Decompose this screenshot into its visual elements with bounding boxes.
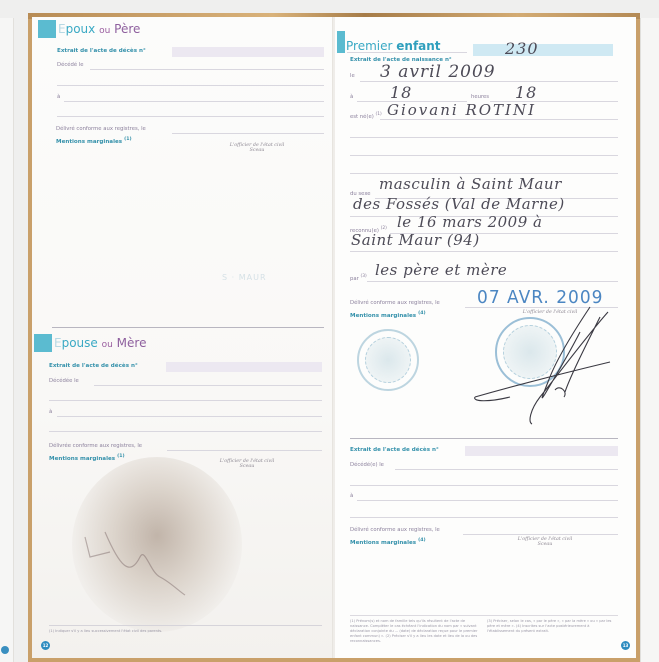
blank-line: [49, 400, 322, 401]
title-word-2: Père: [114, 22, 140, 36]
note-ref: (1): [117, 454, 125, 459]
by-value: les père et mère: [375, 261, 507, 279]
family-booklet: Epoux ou Père Extrait de l'acte de décès…: [28, 13, 640, 662]
death-extract-number-field[interactable]: [172, 47, 324, 57]
birth-extract-number-value: 230: [505, 39, 539, 58]
blank-line: [57, 85, 324, 86]
issued-date-field[interactable]: [172, 133, 324, 134]
title-initial: E: [58, 22, 66, 36]
blank-line: [350, 485, 618, 486]
section-tab-marker: [34, 334, 52, 352]
previous-page-edge: [0, 18, 14, 662]
by-label-text: par: [350, 276, 359, 282]
at-label: à: [57, 94, 60, 100]
marginal-label: Mentions marginales (1): [56, 137, 132, 145]
title-word: remier: [353, 39, 392, 53]
footnote: (1) Indiquer s'il y a lieu successivemen…: [49, 629, 162, 634]
birth-hour-value: 18: [390, 83, 412, 102]
page-number: 12: [41, 641, 50, 650]
page-number: 13: [621, 641, 630, 650]
at-label: à: [350, 94, 353, 100]
officer-block: L'officier de l'état civil Sceau: [505, 537, 585, 547]
blank-line: [350, 137, 618, 138]
note-ref: (3): [360, 274, 366, 279]
footnotes-left: (1) Prénom(s) et nom de famille tels qu'…: [350, 619, 478, 644]
title-connector: ou: [102, 340, 113, 350]
blank-line: [350, 155, 618, 156]
seal-label: Sceau: [505, 542, 585, 547]
issued-date-field[interactable]: [463, 534, 618, 535]
municipal-seal: [357, 329, 419, 391]
issued-label: Délivré conforme aux registres, le: [350, 527, 440, 533]
sex-place-value-line2: des Fossés (Val de Marne): [353, 195, 565, 213]
died-on-field[interactable]: [94, 385, 322, 386]
section-title-father: Epoux ou Père: [38, 20, 140, 38]
born-label: est né(e) (1): [350, 112, 382, 120]
death-extract-label: Extrait de l'acte de décès n°: [350, 447, 439, 453]
child-name-value: Giovani ROTINI: [387, 101, 536, 119]
title-word: pouse: [62, 336, 98, 350]
birth-date-value: 3 avril 2009: [380, 62, 496, 82]
at-label: à: [49, 409, 52, 415]
death-extract-label: Extrait de l'acte de décès n°: [57, 48, 146, 54]
at-field[interactable]: [357, 500, 618, 501]
footnote-divider: [49, 625, 322, 626]
footnote-divider: [350, 615, 618, 616]
section-heading: Premier enfant: [346, 39, 441, 53]
note-ref: (4): [418, 538, 426, 543]
issued-label: Délivré conforme aux registres, le: [350, 300, 440, 306]
section-divider: [52, 327, 324, 328]
bleed-through-signature: [80, 517, 190, 597]
at-field[interactable]: [57, 416, 322, 417]
died-on-field[interactable]: [395, 469, 618, 470]
name-field[interactable]: [380, 119, 618, 120]
death-extract-number-field[interactable]: [166, 362, 322, 372]
died-on-label: Décédée le: [49, 378, 79, 384]
marginal-label-text: Mentions marginales: [56, 139, 122, 145]
title-word-2: Mère: [117, 336, 147, 350]
died-on-field[interactable]: [90, 69, 324, 70]
section-tab-marker: [38, 20, 56, 38]
photo-of-family-booklet: Epoux ou Père Extrait de l'acte de décès…: [0, 0, 659, 662]
seal-label: Sceau: [217, 148, 297, 153]
hours-label: heures: [471, 94, 489, 100]
right-page: Premier enfant Extrait de l'acte de nais…: [335, 17, 636, 658]
at-label: à: [350, 493, 353, 499]
note-ref: (4): [418, 311, 426, 316]
title-initial: E: [54, 336, 62, 350]
by-field[interactable]: [367, 281, 618, 282]
marginal-label: Mentions marginales (1): [49, 454, 125, 462]
recognized-value-line1: le 16 mars 2009 à: [397, 213, 543, 231]
marginal-label-text: Mentions marginales: [49, 456, 115, 462]
faded-stamp: S · MAUR: [222, 273, 267, 282]
seal-label: Sceau: [207, 464, 287, 469]
blank-line: [49, 431, 322, 432]
officer-block: L'officier de l'état civil Sceau: [217, 143, 297, 153]
marginal-label: Mentions marginales (4): [350, 538, 426, 546]
death-extract-number-field[interactable]: [465, 446, 618, 456]
blank-line: [350, 517, 618, 518]
blank-line: [350, 173, 618, 174]
title-underline: [347, 52, 467, 53]
birth-minutes-value: 18: [515, 83, 537, 102]
section-heading: Epoux ou Père: [58, 22, 140, 38]
title-initial: P: [346, 39, 353, 53]
note-ref: (1): [375, 112, 381, 117]
background-surface: [640, 18, 659, 662]
sex-place-value-line1: masculin à Saint Maur: [379, 175, 562, 193]
section-heading: Epouse ou Mère: [54, 336, 146, 352]
issued-label: Délivrée conforme aux registres, le: [49, 443, 142, 449]
died-on-label: Décédé(e) le: [350, 462, 384, 468]
section-title-first-child: Premier enfant: [337, 31, 441, 53]
officer-signature: [470, 302, 615, 427]
section-divider: [350, 438, 618, 439]
page-number-badge: [1, 646, 9, 654]
title-word-2: enfant: [396, 39, 440, 53]
birth-extract-number-field[interactable]: [473, 44, 613, 56]
on-label: le: [350, 73, 355, 79]
left-page: Epoux ou Père Extrait de l'acte de décès…: [32, 17, 333, 658]
at-field[interactable]: [64, 101, 324, 102]
marginal-label-text: Mentions marginales: [350, 313, 416, 319]
death-extract-label: Extrait de l'acte de décès n°: [49, 363, 138, 369]
note-ref: (1): [124, 137, 132, 142]
title-connector: ou: [99, 26, 110, 36]
marginal-label-text: Mentions marginales: [350, 540, 416, 546]
issued-date-field[interactable]: [167, 450, 322, 451]
title-word: poux: [66, 22, 96, 36]
section-tab-marker: [337, 31, 345, 53]
marginal-label: Mentions marginales (4): [350, 311, 426, 319]
blank-line: [57, 116, 324, 117]
by-label: par (3): [350, 274, 367, 282]
footnotes-right: (3) Préciser, selon le cas, « par le pèr…: [487, 619, 617, 634]
born-label-text: est né(e): [350, 114, 374, 120]
continuation-line: [350, 251, 618, 252]
died-on-label: Décédé le: [57, 62, 84, 68]
section-title-mother: Epouse ou Mère: [34, 334, 146, 352]
issued-label: Délivré conforme aux registres, le: [56, 126, 146, 132]
officer-block: L'officier de l'état civil Sceau: [207, 459, 287, 469]
recognized-value-line2: Saint Maur (94): [351, 231, 480, 249]
